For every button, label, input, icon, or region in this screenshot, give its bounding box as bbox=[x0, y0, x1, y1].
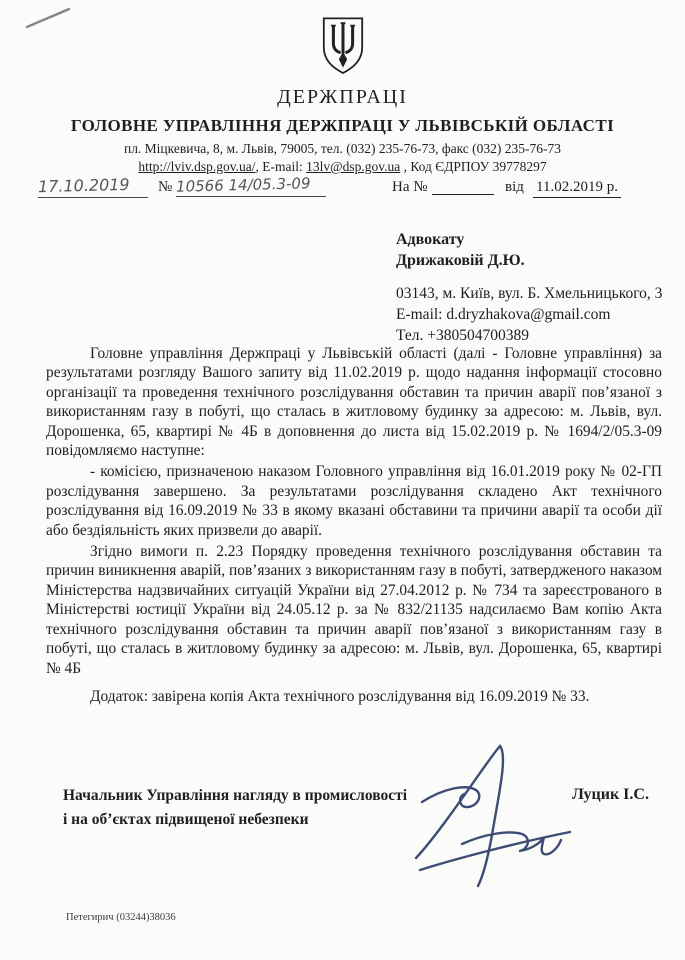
scanned-letter-page: ДЕРЖПРАЦІ ГОЛОВНЕ УПРАВЛІННЯ ДЕРЖПРАЦІ У… bbox=[0, 0, 685, 960]
number-sign: № bbox=[158, 179, 172, 196]
org-website: http://lviv.dsp.gov.ua/ bbox=[138, 159, 255, 174]
reference-row: 17.10.2019 № 10566 14/05.3-09 На № від 1… bbox=[0, 176, 685, 206]
email-label: , E-mail: bbox=[256, 159, 307, 174]
addressee-block: Адвокату Дрижаковій Д.Ю. 03143, м. Київ,… bbox=[396, 229, 662, 346]
body-paragraph-3: Згідно вимоги п. 2.23 Порядку проведення… bbox=[46, 542, 662, 678]
org-address-phone: пл. Міцкевича, 8, м. Львів, 79005, тел. … bbox=[0, 141, 685, 157]
reply-to-label: На № bbox=[392, 179, 428, 196]
organization-name: ГОЛОВНЕ УПРАВЛІННЯ ДЕРЖПРАЦІ У ЛЬВІВСЬКІ… bbox=[0, 116, 685, 136]
executor-contact: Петегирич (03244)38036 bbox=[66, 912, 176, 923]
attachment-line: Додаток: завірена копія Акта технічного … bbox=[46, 688, 662, 706]
body-paragraph-1: Головне управління Держпраці у Львівські… bbox=[46, 344, 662, 460]
spacer bbox=[396, 271, 662, 283]
body-paragraph-2: - комісією, призначеною наказом Головног… bbox=[46, 462, 662, 540]
org-email: 13lv@dsp.gov.ua bbox=[306, 159, 400, 174]
addressee-email: E-mail: d.dryzhakova@gmail.com bbox=[396, 304, 662, 325]
reply-number-blank bbox=[432, 179, 494, 195]
ukraine-trident-emblem bbox=[314, 16, 372, 82]
addressee-address: 03143, м. Київ, вул. Б. Хмельницького, 3 bbox=[396, 283, 662, 304]
addressee-phone: Тел. +380504700389 bbox=[396, 325, 662, 346]
letter-body: Головне управління Держпраці у Львівські… bbox=[46, 344, 662, 680]
outgoing-date-handwritten: 17.10.2019 bbox=[38, 175, 130, 196]
outgoing-number-field: 10566 14/05.3-09 bbox=[176, 176, 326, 197]
agency-short-name: ДЕРЖПРАЦІ bbox=[0, 86, 685, 109]
org-edrpou-code: , Код ЄДРПОУ 39778297 bbox=[400, 159, 546, 174]
addressee-name: Дрижаковій Д.Ю. bbox=[396, 250, 662, 271]
reply-date: 11.02.2019 р. bbox=[533, 179, 621, 198]
outgoing-date-field: 17.10.2019 bbox=[38, 176, 148, 198]
outgoing-number-handwritten: 10566 14/05.3-09 bbox=[176, 174, 311, 196]
org-web-contacts: http://lviv.dsp.gov.ua/, E-mail: 13lv@ds… bbox=[0, 159, 685, 175]
signer-name: Луцик І.С. bbox=[572, 786, 649, 804]
reply-from-label: від bbox=[505, 179, 524, 196]
handwritten-signature bbox=[412, 738, 592, 898]
addressee-title: Адвокату bbox=[396, 229, 662, 250]
letterhead: ДЕРЖПРАЦІ ГОЛОВНЕ УПРАВЛІННЯ ДЕРЖПРАЦІ У… bbox=[0, 16, 685, 175]
